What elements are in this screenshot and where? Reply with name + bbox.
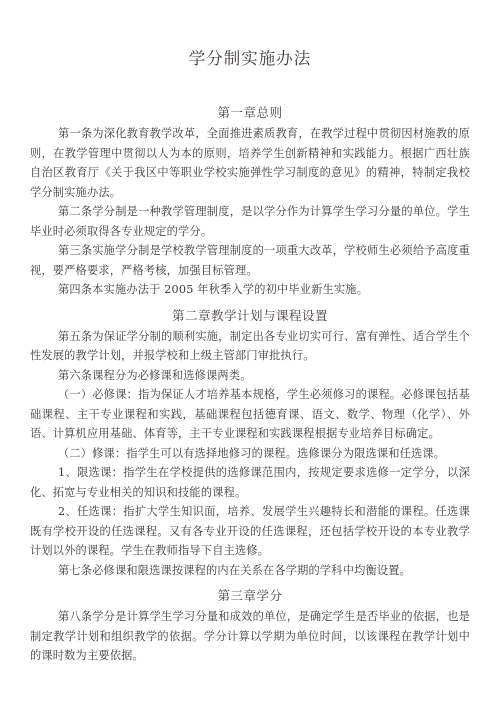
paragraph: （二）修课：指学生可以有选择地修习的课程。选修课分为限选课和任选课。	[30, 444, 470, 464]
chapter-heading-3: 第三章学分	[30, 587, 470, 604]
paragraph: （一）必修课：指为保证人才培养基本规格，学生必须修习的课程。必修课包括基础课程、…	[30, 385, 470, 444]
paragraph: 2、任选课：指扩大学生知识面，培养、发展学生兴趣特长和潜能的课程。任选课既有学校…	[30, 502, 470, 561]
chapter-heading-1: 第一章总则	[30, 104, 470, 121]
paragraph: 第三条实施学分制是学校教学管理制度的一项重大改革，学校师生必须给予高度重视，要严…	[30, 241, 470, 280]
document-content: 学分制实施办法 第一章总则 第一条为深化教育教学改革，全面推进素质教育，在教学过…	[0, 0, 500, 666]
document-page: 学分制实施办法 第一章总则 第一条为深化教育教学改革，全面推进素质教育，在教学过…	[0, 0, 500, 707]
paragraph: 第四条本实施办法于 2005 年秋季入学的初中毕业新生实施。	[30, 280, 470, 300]
paragraph: 第二条学分制是一种教学管理制度，是以学分作为计算学生学习分量的单位。学生毕业时必…	[30, 202, 470, 241]
paragraph: 第七条必修课和限选课按课程的内在关系在各学期的学科中均衡设置。	[30, 561, 470, 581]
paragraph: 第八条学分是计算学生学习分量和成效的单位，是确定学生是否毕业的依据，也是制定教学…	[30, 607, 470, 666]
document-title: 学分制实施办法	[30, 46, 470, 72]
paragraph: 第一条为深化教育教学改革，全面推进素质教育，在教学过程中贯彻因材施教的原则，在教…	[30, 124, 470, 202]
paragraph: 第六条课程分为必修课和选修课两类。	[30, 366, 470, 386]
paragraph: 1、限选课：指学生在学校提供的选修课范围内，按规定要求选修一定学分，以深化、拓宽…	[30, 463, 470, 502]
chapter-heading-2: 第二章教学计划与课程设置	[30, 307, 470, 324]
paragraph: 第五条为保证学分制的顺利实施，制定出各专业切实可行、富有弹性、适合学生个性发展的…	[30, 327, 470, 366]
